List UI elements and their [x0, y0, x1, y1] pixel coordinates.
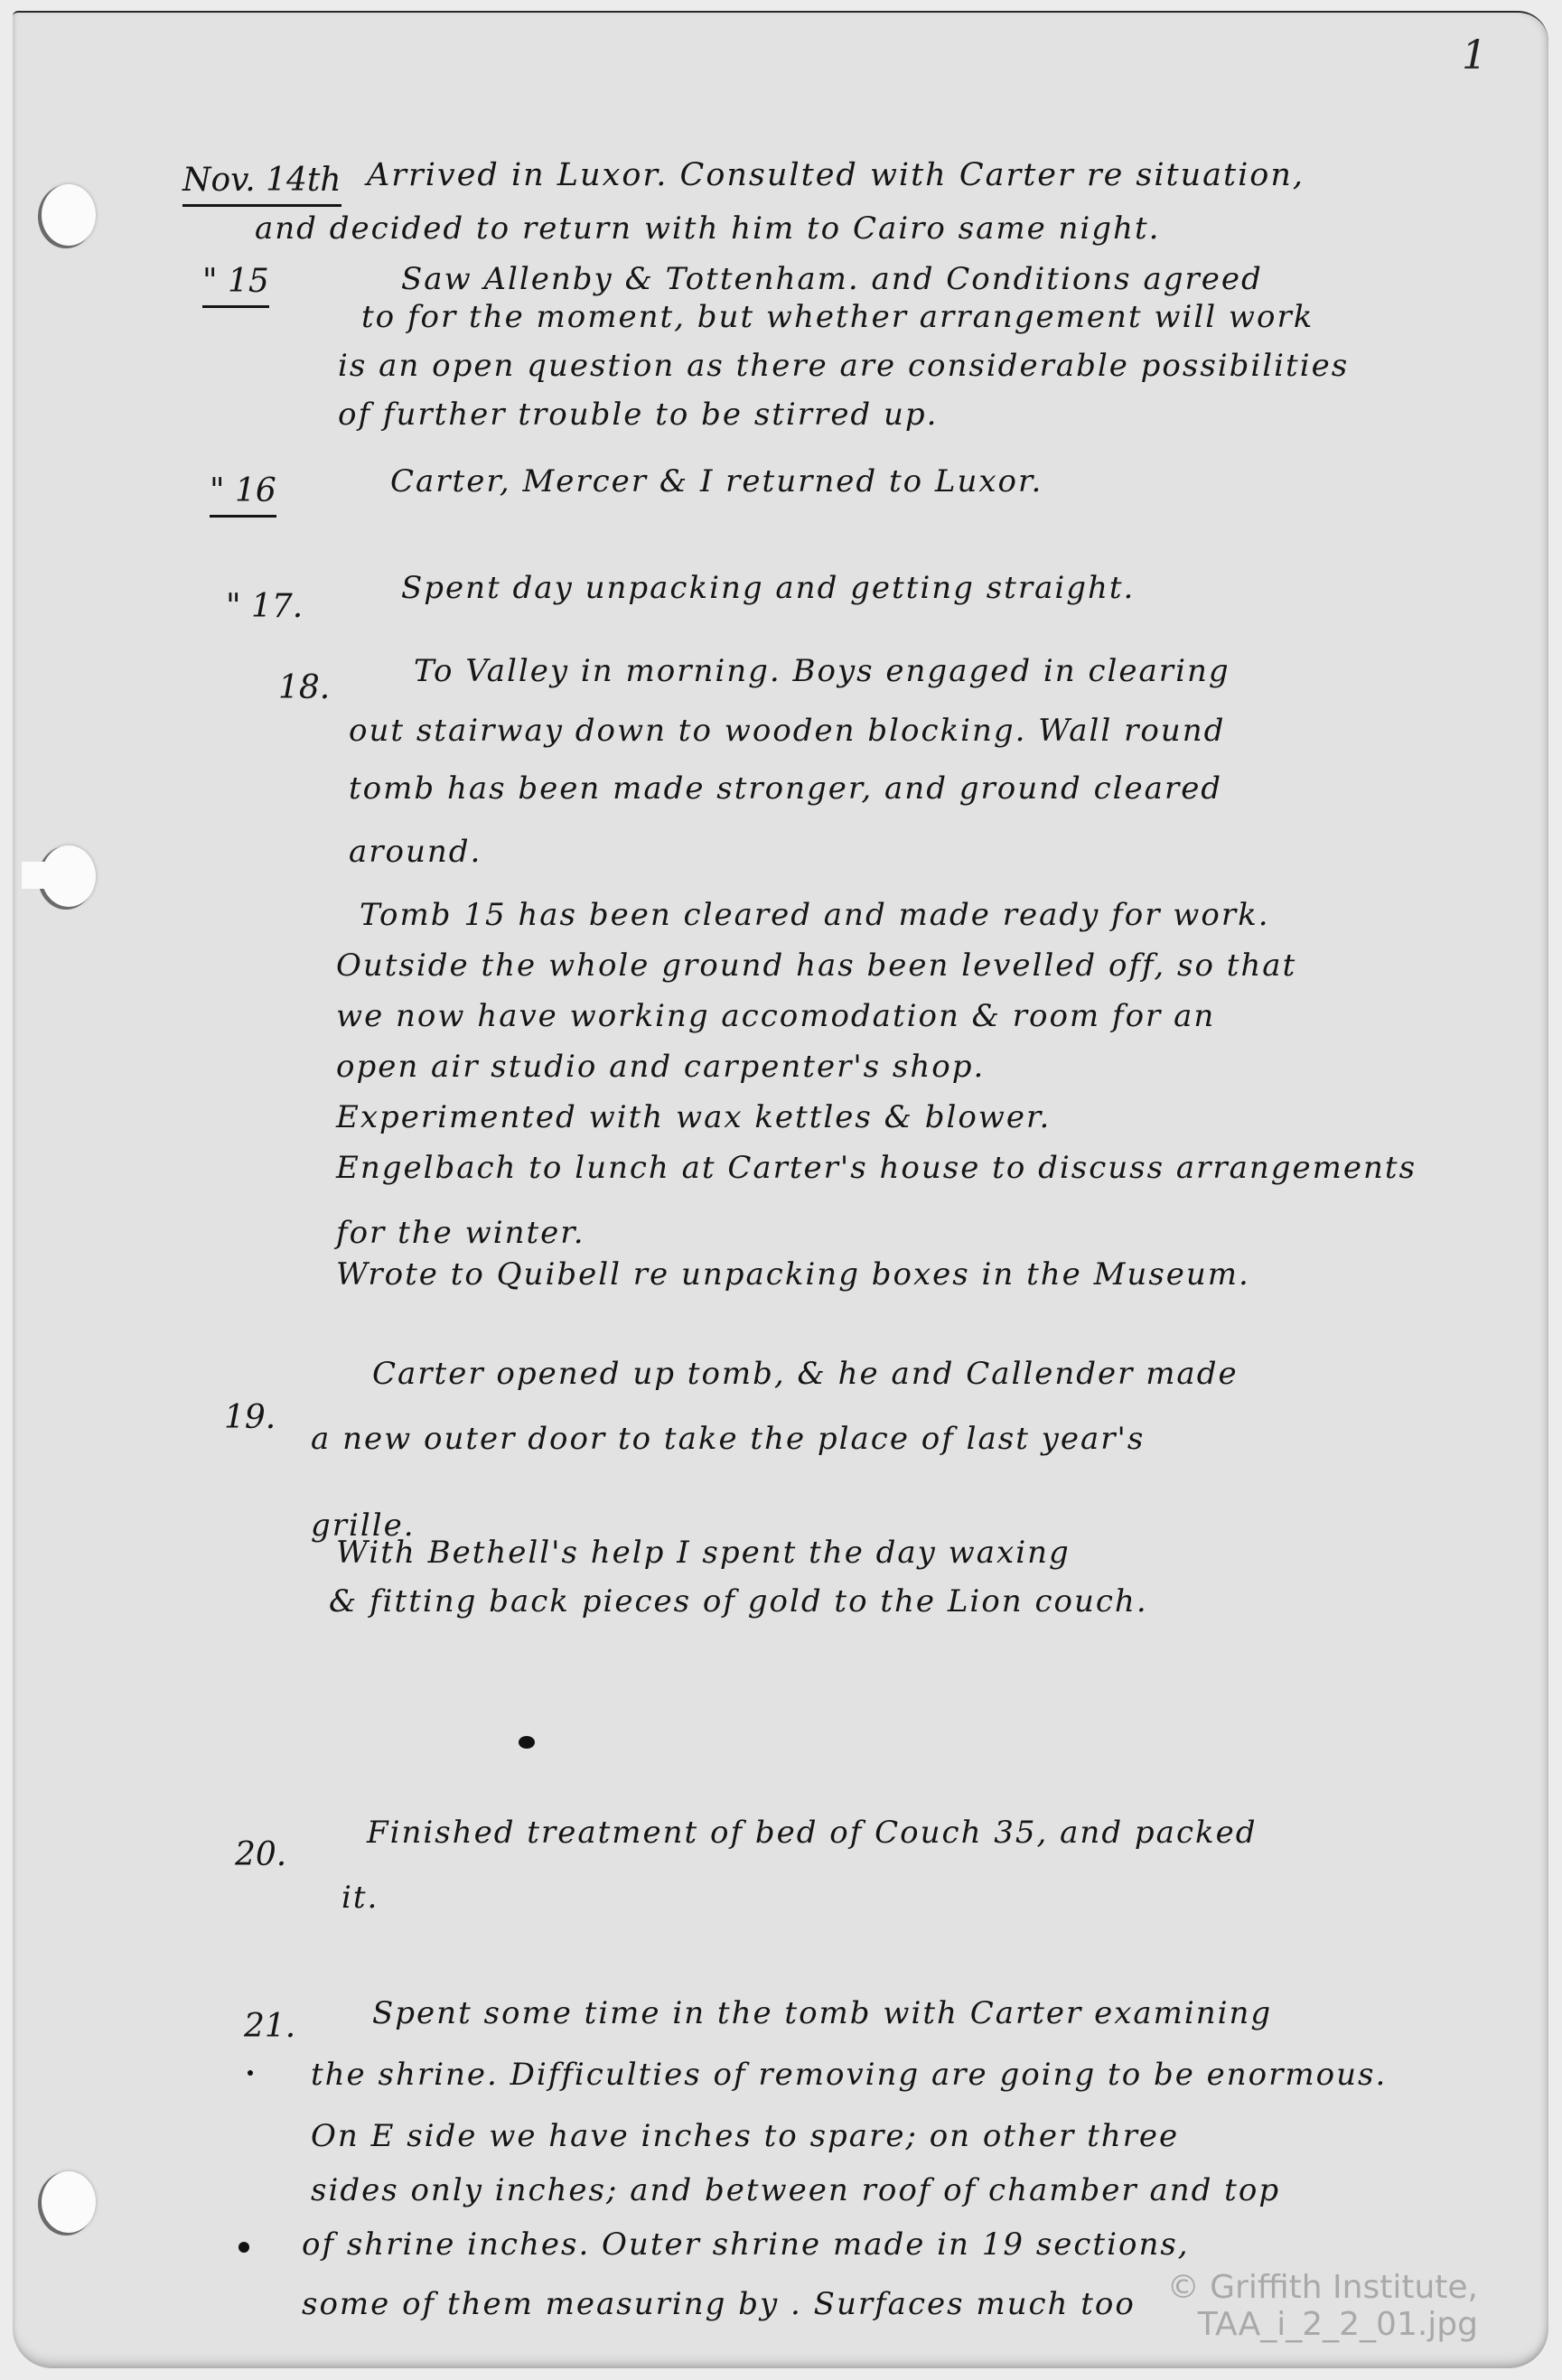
entry-line: Wrote to Quibell re unpacking boxes in t… [336, 1259, 1250, 1290]
entry-line: Outside the whole ground has been levell… [336, 950, 1296, 981]
journal-page: 1 Nov. 14th Arrived in Luxor. Consulted … [13, 11, 1548, 2368]
punch-hole [42, 2171, 96, 2233]
entry-line: To Valley in morning. Boys engaged in cl… [414, 656, 1230, 686]
entry-date: " 17. [226, 591, 303, 623]
entry-line: it. [341, 1882, 379, 1913]
entry-line: On E side we have inches to spare; on ot… [311, 2121, 1179, 2151]
entry-line: & fitting back pieces of gold to the Lio… [329, 1586, 1148, 1617]
entry-line: sides only inches; and between roof of c… [311, 2175, 1280, 2206]
entry-line: Experimented with wax kettles & blower. [336, 1102, 1051, 1133]
ink-dot [248, 2070, 253, 2076]
entry-date: " 15 [202, 266, 269, 308]
entry-date: Nov. 14th [182, 164, 341, 207]
entry-line: Engelbach to lunch at Carter's house to … [336, 1153, 1417, 1183]
entry-line: Saw Allenby & Tottenham. and Conditions … [401, 264, 1263, 294]
ink-dot [239, 2242, 249, 2253]
entry-line: tomb has been made stronger, and ground … [349, 773, 1222, 804]
entry-line: Tomb 15 has been cleared and made ready … [360, 900, 1270, 930]
copyright-watermark: © Griffith Institute, TAA_i_2_2_01.jpg [1167, 2269, 1478, 2344]
watermark-filename: TAA_i_2_2_01.jpg [1167, 2306, 1478, 2343]
entry-line: a new outer door to take the place of la… [311, 1423, 1145, 1454]
entry-line: out stairway down to wooden blocking. Wa… [349, 715, 1225, 746]
entry-line: of further trouble to be stirred up. [338, 399, 938, 430]
entry-line: we now have working accomodation & room … [336, 1001, 1215, 1031]
entry-line: is an open question as there are conside… [338, 350, 1349, 381]
entry-line: Carter, Mercer & I returned to Luxor. [390, 466, 1043, 497]
entry-date: 19. [224, 1402, 276, 1434]
entry-line: to for the moment, but whether arrangeme… [361, 302, 1314, 332]
entry-line: Carter opened up tomb, & he and Callende… [372, 1358, 1239, 1389]
entry-line: Arrived in Luxor. Consulted with Carter … [367, 160, 1305, 191]
watermark-credit: © Griffith Institute, [1167, 2269, 1478, 2306]
entry-line: some of them measuring by . Surfaces muc… [302, 2289, 1136, 2319]
entry-line: Spent day unpacking and getting straight… [401, 573, 1135, 603]
entry-line: open air studio and carpenter's shop. [336, 1051, 985, 1082]
entry-line: Spent some time in the tomb with Carter … [372, 1998, 1272, 2029]
entry-date: 21. [244, 2011, 295, 2043]
page-number: 1 [1462, 33, 1487, 79]
entry-date: 18. [278, 672, 330, 705]
punch-hole [42, 184, 96, 246]
entry-date: " 16 [210, 475, 276, 518]
punch-hole [42, 845, 96, 907]
entry-date: 20. [235, 1839, 286, 1871]
entry-line: of shrine inches. Outer shrine made in 1… [302, 2229, 1190, 2260]
entry-line: and decided to return with him to Cairo … [255, 213, 1160, 244]
entry-line: With Bethell's help I spent the day waxi… [336, 1537, 1071, 1568]
entry-line: around. [349, 836, 482, 867]
entry-line: for the winter. [336, 1218, 585, 1248]
entry-line: Finished treatment of bed of Couch 35, a… [367, 1817, 1257, 1848]
ink-blot [519, 1736, 535, 1749]
entry-line: the shrine. Difficulties of removing are… [311, 2059, 1387, 2090]
